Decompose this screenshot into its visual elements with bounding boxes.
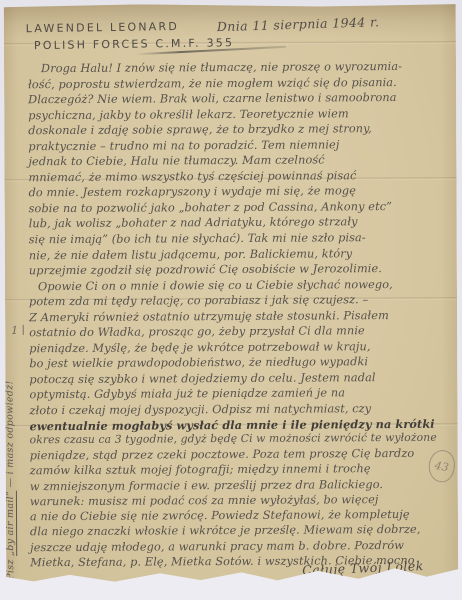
margin-note-underlined: „by air mail” xyxy=(5,491,16,556)
margin-note-suffix: — i masz odpowiedź! xyxy=(4,380,15,491)
letter-body: Droga Halu! I znów się nie tłumaczę, nie… xyxy=(4,59,458,570)
margin-pencil-marks: 1 ∣ xyxy=(11,323,25,338)
page-number: 43 xyxy=(434,458,450,473)
margin-note-prefix: — Pisz xyxy=(5,556,16,593)
letter-paper: LAWENDEL LEONARD POLISH FORCES C.M.F. 35… xyxy=(4,3,459,585)
scanned-letter-screenshot: { "scan": { "background_color": "#e9e8ee… xyxy=(0,0,462,600)
margin-note: — Pisz „by air mail” — i masz odpowiedź! xyxy=(4,297,21,593)
